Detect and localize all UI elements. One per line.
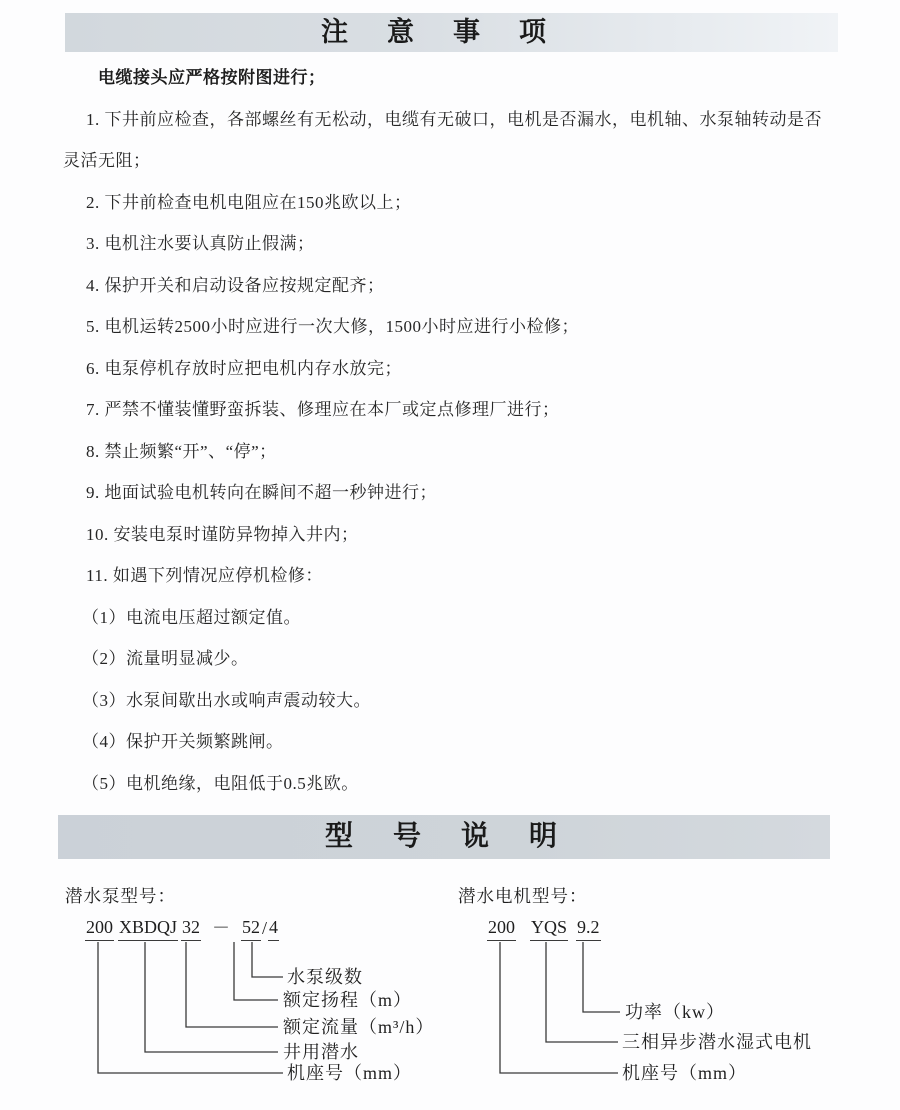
notice-item-8: 8. 禁止频繁“开”、“停”； <box>63 431 833 473</box>
motor-code-type: YQS <box>530 916 568 941</box>
model-diagrams: 潜水泵型号： 潜水电机型号： 200 XBDQJ 32 － 52 / 4 200… <box>0 859 900 1110</box>
pump-label-head: 额定扬程（m） <box>283 989 412 1011</box>
connector-pump-flow <box>186 942 278 1027</box>
notice-item-7: 7. 严禁不懂装懂野蛮拆装、修理应在本厂或定点修理厂进行； <box>63 389 833 431</box>
scanned-manual-page: 注 意 事 项 电缆接头应严格按附图进行； 1. 下井前应检查，各部螺丝有无松动… <box>0 0 900 1110</box>
pump-code-head: 52 <box>241 916 261 941</box>
notice-intro: 电缆接头应严格按附图进行； <box>63 57 833 99</box>
notice-item-1: 1. 下井前应检查，各部螺丝有无松动，电缆有无破口，电机是否漏水，电机轴、水泵轴… <box>63 99 833 182</box>
motor-code-frame: 200 <box>487 916 516 941</box>
pump-code-stages: 4 <box>268 916 279 941</box>
pump-label-flow: 额定流量（m³/h） <box>283 1016 434 1038</box>
notice-item-3: 3. 电机注水要认真防止假满； <box>63 223 833 265</box>
pump-label-stages: 水泵级数 <box>287 966 363 988</box>
model-section-title: 型 号 说 明 <box>325 821 563 852</box>
motor-label-type: 三相异步潜水湿式电机 <box>622 1031 812 1053</box>
notice-item-9: 9. 地面试验电机转向在瞬间不超一秒钟进行； <box>63 472 833 514</box>
notice-item-11: 11. 如遇下列情况应停机检修： <box>63 555 833 597</box>
notice-item-4: 4. 保护开关和启动设备应按规定配齐； <box>63 265 833 307</box>
motor-label-power: 功率（kw） <box>625 1001 725 1023</box>
pump-label-frame: 机座号（mm） <box>287 1062 412 1084</box>
connector-pump-head <box>234 942 278 1000</box>
pump-code-slash: / <box>261 917 268 941</box>
notice-subitem-4: （4）保护开关频繁跳闸。 <box>63 721 833 763</box>
notice-body: 电缆接头应严格按附图进行； 1. 下井前应检查，各部螺丝有无松动，电缆有无破口，… <box>0 57 900 804</box>
notice-item-5: 5. 电机运转2500小时应进行一次大修，1500小时应进行小检修； <box>63 306 833 348</box>
motor-label-frame: 机座号（mm） <box>622 1062 747 1084</box>
notice-item-6: 6. 电泵停机存放时应把电机内存水放完； <box>63 348 833 390</box>
pump-model-heading: 潜水泵型号： <box>65 883 176 908</box>
motor-code-power: 9.2 <box>576 916 601 941</box>
notice-subitem-2: （2）流量明显减少。 <box>63 638 833 680</box>
connector-pump-stages <box>252 942 283 977</box>
notice-section-title: 注 意 事 项 <box>321 17 552 47</box>
notice-item-10: 10. 安装电泵时谨防异物掉入井内； <box>63 514 833 556</box>
pump-label-well: 井用潜水 <box>283 1041 359 1063</box>
connector-motor-frame <box>500 942 618 1073</box>
pump-code-dash: － <box>211 917 231 941</box>
notice-item-2: 2. 下井前检查电机电阻应在150兆欧以上； <box>63 182 833 224</box>
connector-pump-well <box>145 942 278 1052</box>
connector-pump-frame <box>98 942 283 1073</box>
notice-section-title-bar: 注 意 事 项 <box>65 13 838 52</box>
notice-subitem-5: （5）电机绝缘，电阻低于0.5兆欧。 <box>63 763 833 805</box>
model-section-title-bar: 型 号 说 明 <box>58 815 830 859</box>
connector-motor-power <box>583 942 620 1012</box>
pump-code-frame: 200 <box>85 916 114 941</box>
notice-subitem-3: （3）水泵间歇出水或响声震动较大。 <box>63 680 833 722</box>
connector-motor-type <box>546 942 618 1042</box>
motor-model-code: 200 YQS 9.2 <box>487 916 601 941</box>
motor-model-heading: 潜水电机型号： <box>458 883 588 908</box>
notice-subitem-1: （1）电流电压超过额定值。 <box>63 597 833 639</box>
pump-code-flow: 32 <box>181 916 201 941</box>
pump-model-code: 200 XBDQJ 32 － 52 / 4 <box>85 916 279 941</box>
pump-code-series: XBDQJ <box>118 916 178 941</box>
